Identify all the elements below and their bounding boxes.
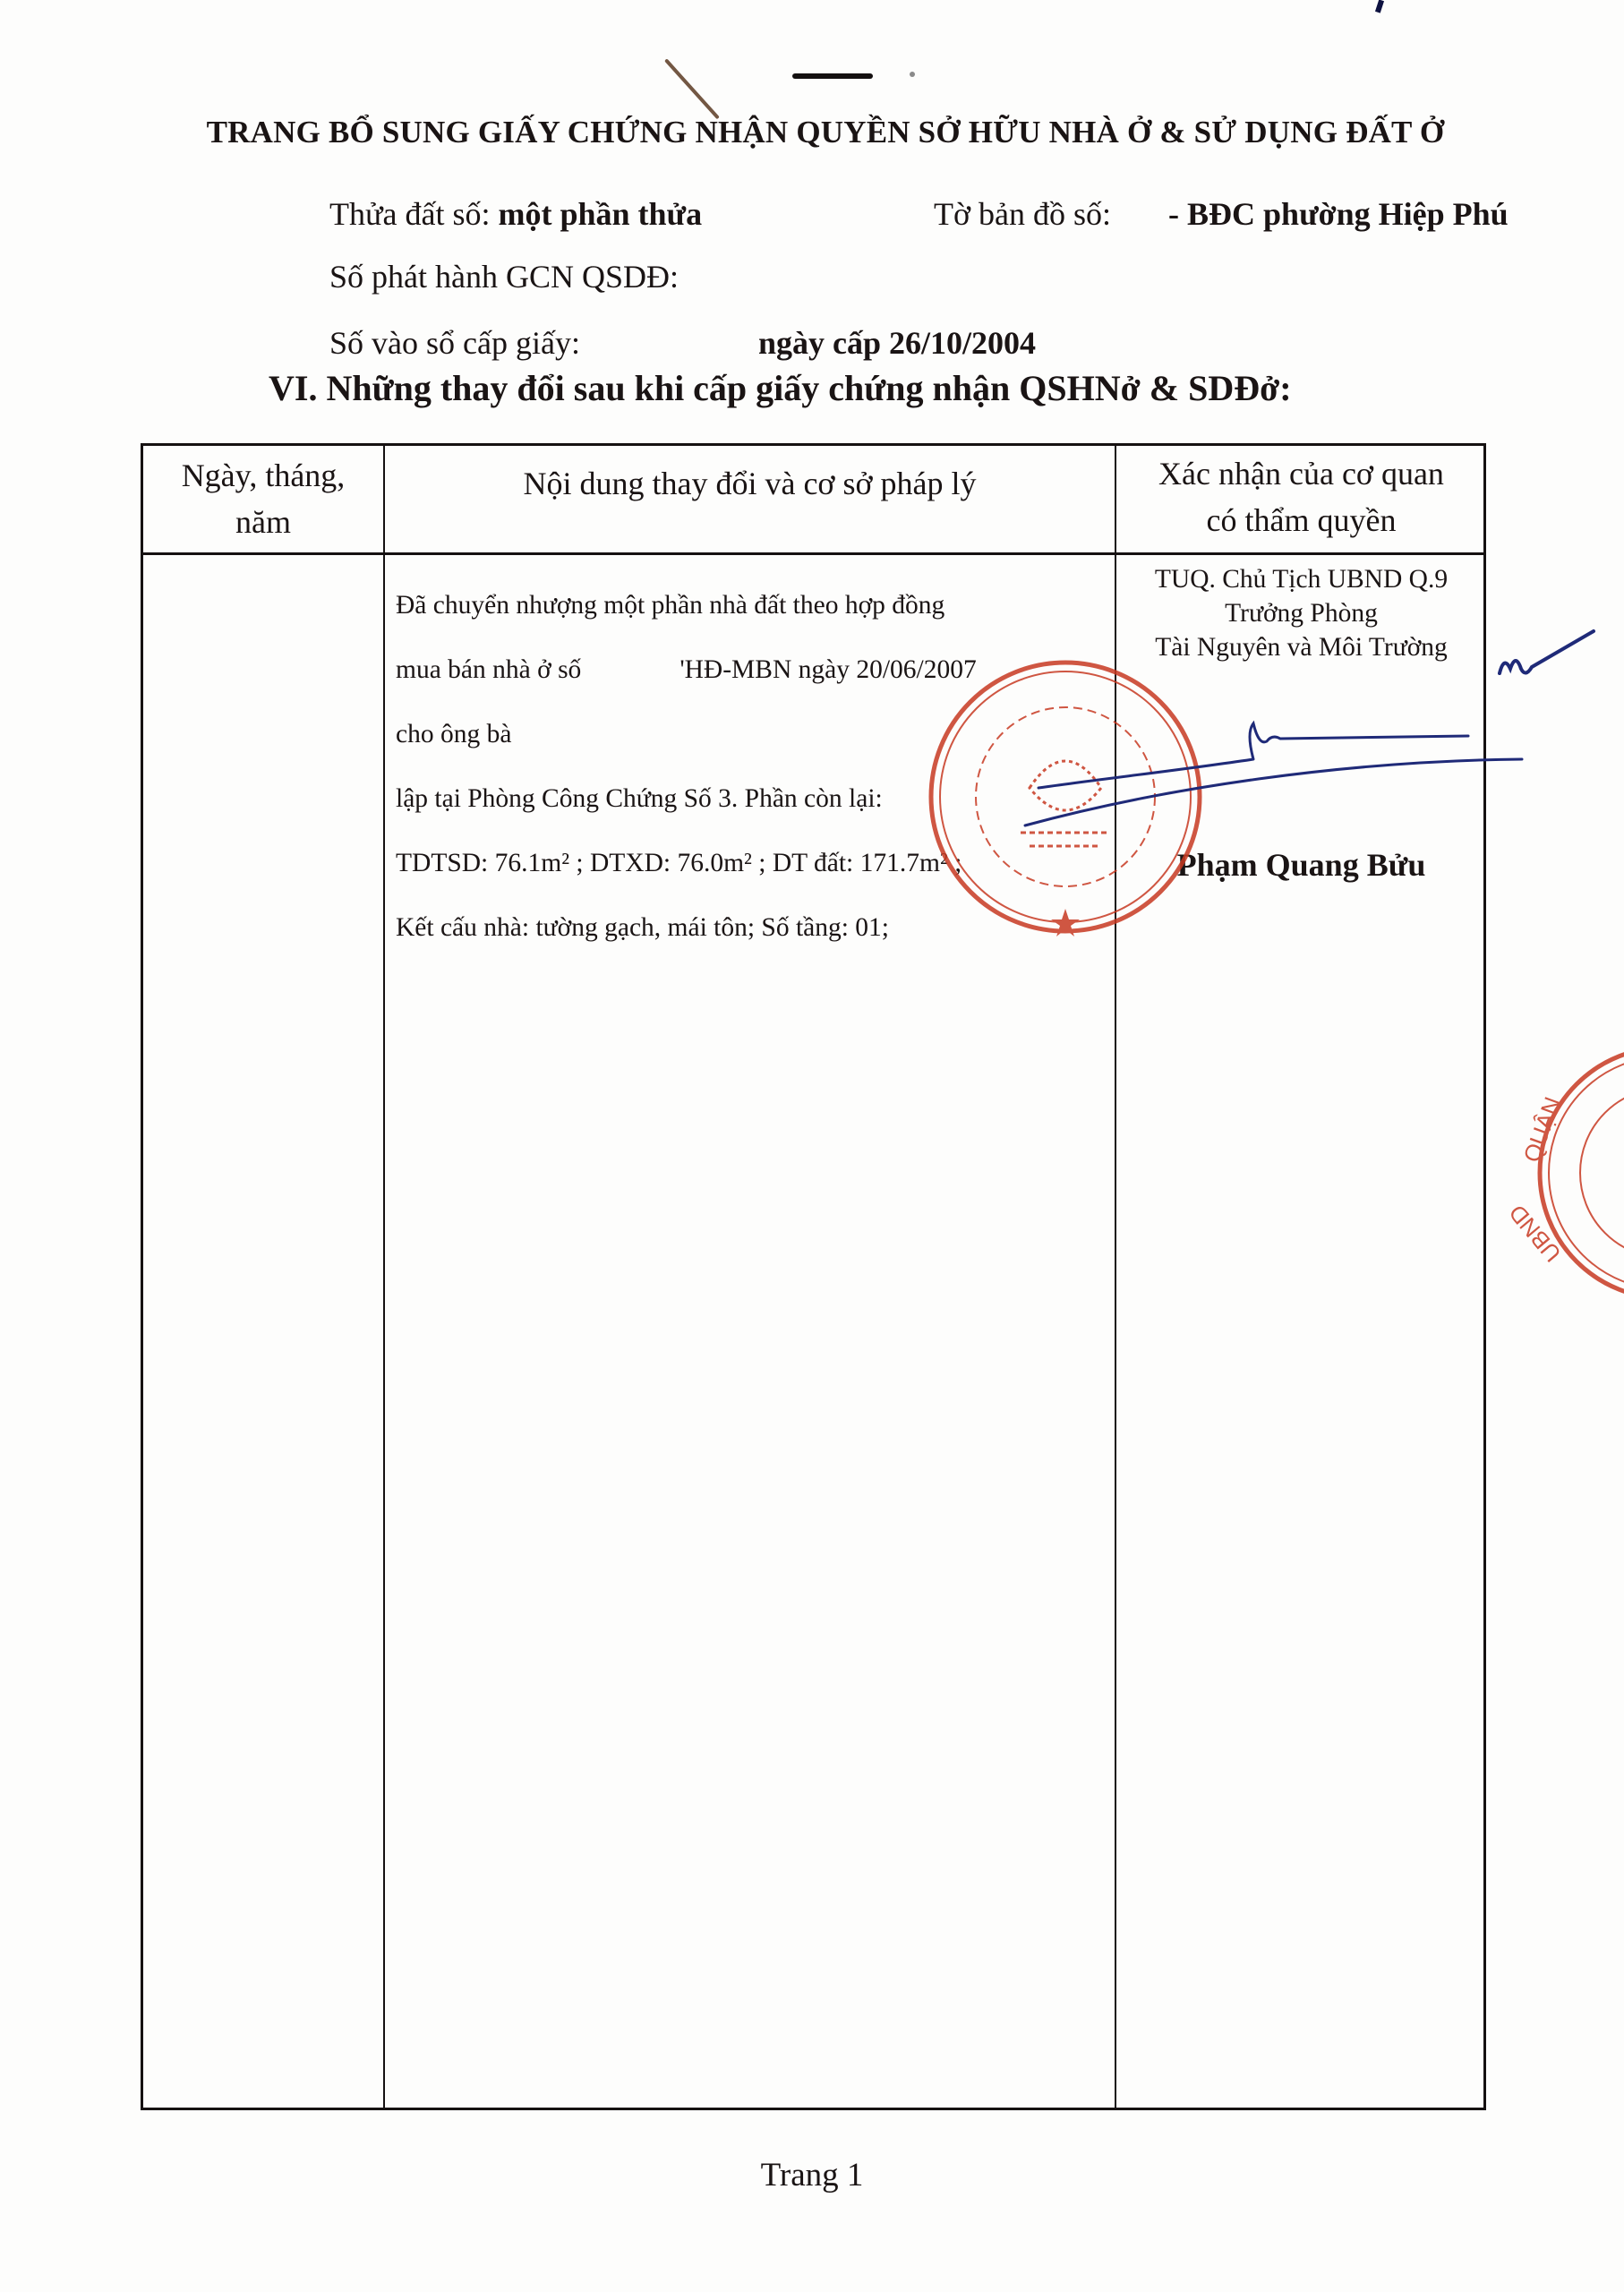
svg-text:QUẬN: QUẬN <box>1517 1093 1566 1166</box>
table-row-confirmation-cell: TUQ. Chủ Tịch UBND Q.9 Trưởng Phòng Tài … <box>1116 562 1486 664</box>
content-line: lập tại Phòng Công Chứng Số 3. Phần còn … <box>396 783 1112 815</box>
content-line: Kết cấu nhà: tường gạch, mái tôn; Số tần… <box>396 911 1112 944</box>
column-header-content: Nội dung thay đổi và cơ sở pháp lý <box>385 457 1115 510</box>
table-column-divider <box>1115 443 1116 2110</box>
content-line-part: mua bán nhà ở số <box>396 655 581 684</box>
column-header-date-line: năm <box>143 499 383 545</box>
svg-text:UBND: UBND <box>1503 1200 1566 1268</box>
book-entry-value: ngày cấp 26/10/2004 <box>758 325 1036 361</box>
content-line: TDTSD: 76.1m² ; DTXD: 76.0m² ; DT đất: 1… <box>396 847 1112 879</box>
plot-number-label: Thửa đất số: <box>329 196 490 232</box>
section-heading: VI. Những thay đổi sau khi cấp giấy chứn… <box>269 367 1292 409</box>
document-title: TRANG BỔ SUNG GIẤY CHỨNG NHẬN QUYỀN SỞ H… <box>0 115 1624 150</box>
book-entry-label: Số vào sổ cấp giấy: <box>329 325 580 361</box>
map-sheet-field: Tờ bản đồ số: - BĐC phường Hiệp Phú <box>934 195 1509 233</box>
table-column-divider <box>383 443 385 2110</box>
top-dash-mark <box>792 73 873 79</box>
gcn-issue-label: Số phát hành GCN QSDĐ: <box>329 259 679 295</box>
column-header-confirmation-line: Xác nhận của cơ quan <box>1116 450 1486 497</box>
content-line: cho ông bà <box>396 718 1112 750</box>
corner-ink-mark <box>1375 0 1384 13</box>
column-header-date: Ngày, tháng, năm <box>143 452 383 545</box>
table-row-content-cell: Đã chuyển nhượng một phần nhà đất theo h… <box>396 557 1112 976</box>
confirmation-line: TUQ. Chủ Tịch UBND Q.9 <box>1116 562 1486 596</box>
signer-name: Phạm Quang Bửu <box>1116 846 1486 884</box>
pen-stroke-mark <box>664 58 720 119</box>
speck-mark <box>910 72 915 77</box>
column-header-confirmation: Xác nhận của cơ quan có thẩm quyền <box>1116 450 1486 543</box>
gcn-issue-field: Số phát hành GCN QSDĐ: <box>329 258 679 295</box>
page-number: Trang 1 <box>0 2156 1624 2194</box>
book-entry-field: Số vào sổ cấp giấy: ngày cấp 26/10/2004 <box>329 324 1036 362</box>
plot-number-value: một phần thửa <box>498 196 702 232</box>
content-line-part: 'HĐ-MBN ngày 20/06/2007 <box>680 655 976 684</box>
partial-seal-stamp: QUẬN UBND <box>1503 1048 1624 1298</box>
confirmation-line: Tài Nguyên và Môi Trường <box>1116 630 1486 664</box>
map-sheet-label: Tờ bản đồ số: <box>934 196 1111 232</box>
table-header-divider <box>141 552 1486 555</box>
content-line: Đã chuyển nhượng một phần nhà đất theo h… <box>396 589 1112 621</box>
map-sheet-value: - BĐC phường Hiệp Phú <box>1168 196 1509 232</box>
plot-number-field: Thửa đất số: một phần thửa <box>329 195 702 233</box>
column-header-confirmation-line: có thẩm quyền <box>1116 497 1486 543</box>
column-header-date-line: Ngày, tháng, <box>143 452 383 499</box>
confirmation-line: Trưởng Phòng <box>1116 596 1486 630</box>
content-line: mua bán nhà ở số'HĐ-MBN ngày 20/06/2007 <box>396 654 1112 686</box>
